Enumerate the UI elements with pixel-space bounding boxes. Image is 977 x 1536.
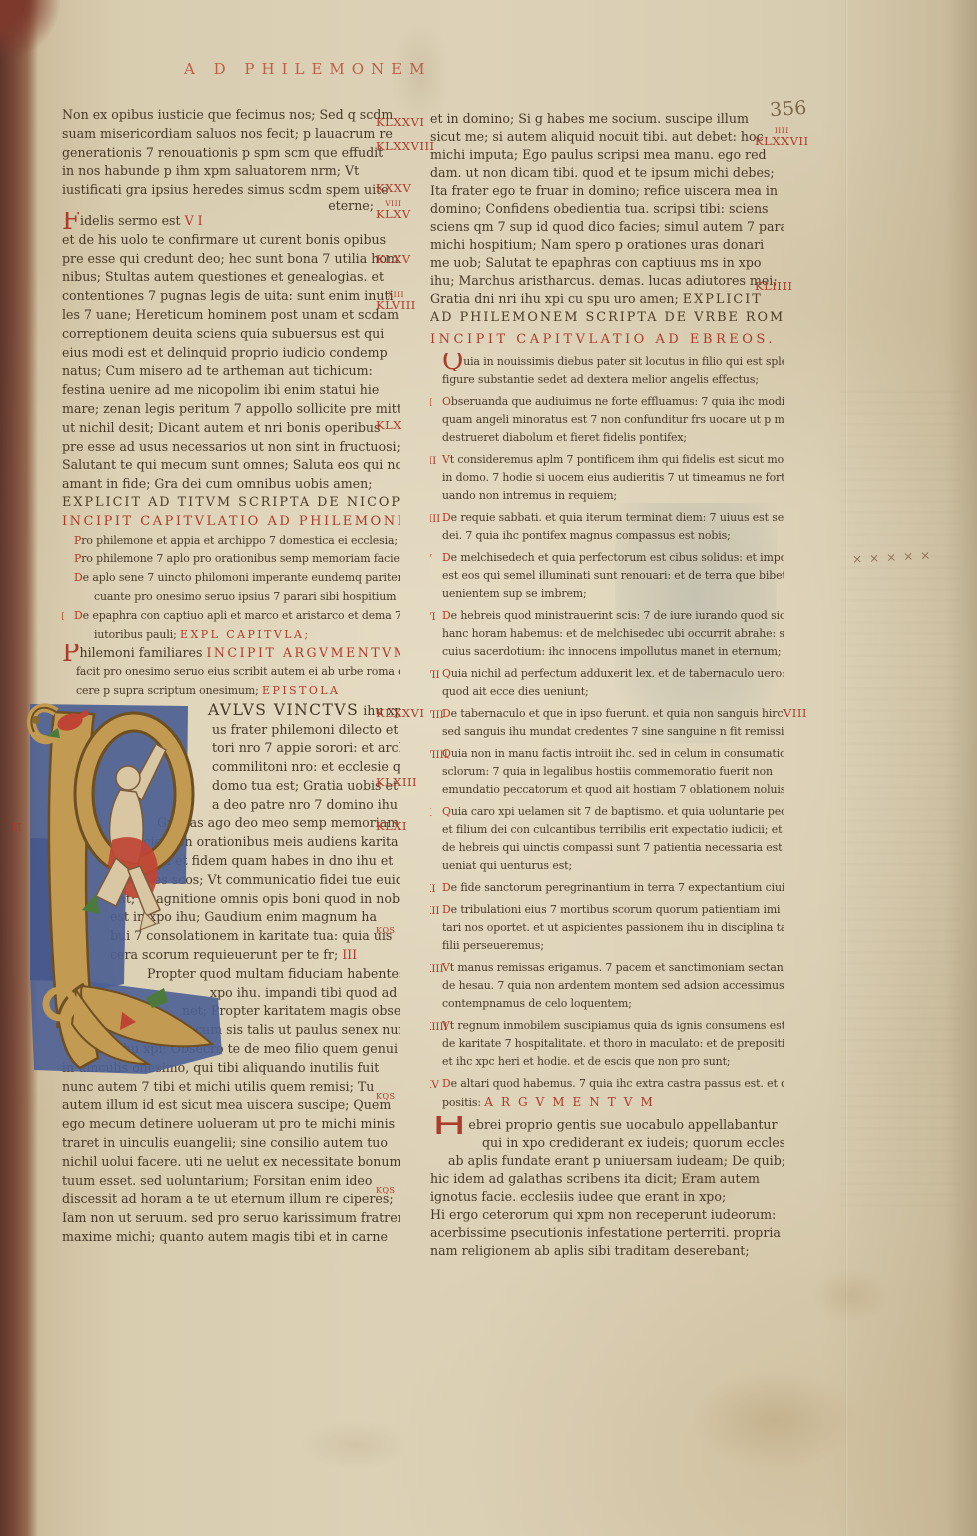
text-segment: D (442, 881, 451, 894)
text-line: nichil uolui facere. uti ne uelut ex nec… (62, 1153, 400, 1172)
margin-numeral: KLXV (376, 252, 411, 266)
text-line: contempnamus de celo loquentem; (430, 995, 784, 1013)
text-segment: O (442, 395, 451, 408)
text-segment: ARGVMENTVM (484, 1095, 660, 1109)
text-line: michi hospitium; Nam spero p orationes u… (430, 236, 784, 254)
text-segment: cere p supra scriptum onesimum; (76, 684, 262, 697)
capitulum-number: III (430, 452, 436, 469)
text-line: correptionem deuita sciens quia subuersu… (62, 325, 400, 344)
text-line: in domo. 7 hodie si uocem eius audieriti… (430, 469, 784, 487)
text-segment: maxime michi; quanto autem magis tibi et… (62, 1229, 388, 1244)
text-segment: et filium dei con culcantibus terribilis… (442, 823, 782, 836)
text-line: mare; zenan legis peritum 7 appollo soll… (62, 400, 400, 419)
margin-numeral: IIIIKLXXVII (755, 128, 809, 148)
margin-numeral: KLX (376, 418, 402, 432)
text-segment: INCIPIT CAPITVLATIO AD PHILEMONEM (62, 514, 400, 529)
text-segment: ro philemone et appia et archippo 7 dome… (81, 534, 398, 547)
text-line: XIIIIVt regnum inmobilem suscipiamus qui… (430, 1017, 784, 1035)
text-segment: AD PHILEMONEM SCRIPTA DE VRBE ROMA; (430, 310, 784, 325)
text-segment: Q (442, 353, 463, 371)
text-segment: emundatio peccatorum et quod ait hostiam… (442, 783, 784, 796)
margin-numeral: kqs (376, 922, 396, 936)
text-line: figure substantie sedet ad dextera melio… (430, 371, 784, 389)
text-segment: uia in nouissimis diebus pater sit locut… (463, 355, 784, 368)
text-segment: tori nro 7 appie sorori: et archippo (212, 740, 400, 755)
margin-numeral: XIIIKLVIII (376, 292, 416, 312)
text-segment: destrueret diabolum et fieret fidelis po… (442, 431, 687, 444)
capitulum-number: XI (430, 880, 435, 897)
capitulum-number: VIII (430, 706, 444, 723)
text-line: IIIVt consideremus aplm 7 pontificem ihm… (430, 451, 784, 469)
text-line: eius modi est et delinquid proprio iudic… (62, 344, 400, 363)
text-segment: D (442, 609, 451, 622)
text-segment: e tabernaculo et que in ipso fuerunt. et… (451, 707, 784, 720)
text-segment: D (442, 511, 451, 524)
text-line: et filium dei con culcantibus terribilis… (430, 821, 784, 839)
text-segment: figure substantie sedet ad dextera melio… (442, 373, 759, 386)
text-line: ut nichil desit; Dicant autem et nri bon… (62, 419, 400, 438)
text-line: iutoribus pauli; EXPL CAPITVLA; (62, 626, 400, 645)
text-segment: ro philemone 7 aplo pro orationibus semp… (81, 552, 400, 565)
text-segment: contentiones 7 pugnas legis de uita: sun… (62, 288, 394, 303)
text-segment: festina uenire ad me nicopolim ibi enim … (62, 382, 379, 397)
capitulum-number: IIII (430, 510, 440, 527)
text-line: contentiones 7 pugnas legis de uita: sun… (62, 287, 400, 306)
text-segment: discessit ad horam a te ut eternum illum… (62, 1191, 394, 1206)
text-line: acerbissime psecutionis infestatione per… (430, 1224, 784, 1242)
text-segment: idelis sermo est (80, 213, 185, 228)
text-line: EXPLICIT AD TITVM SCRIPTA DE NICOPOLI; (62, 494, 400, 513)
capitulum-number: VIIII (430, 746, 448, 763)
text-line: ueniat qui uenturus est; (430, 857, 784, 875)
text-segment: quam angeli minoratus est 7 non confundi… (442, 413, 784, 426)
text-segment: sicut me; si autem aliquid nocuit tibi. … (430, 129, 764, 144)
text-line: cuante pro onesimo seruo ipsius 7 parari… (62, 588, 400, 607)
text-segment: iutoribus pauli; (94, 628, 180, 641)
text-segment: eius modi est et delinquid proprio iudic… (62, 345, 388, 360)
capitulum-number: X (430, 804, 431, 821)
text-segment: e requie sabbati. et quia iterum termina… (451, 511, 784, 524)
capitulum-number: V (430, 550, 431, 567)
text-segment: e tribulationi eius 7 mortibus scorum qu… (451, 903, 781, 916)
text-line: dei. 7 quia ihc pontifex magnus compassu… (430, 527, 784, 545)
text-line: Salutant te qui mecum sunt omnes; Saluta… (62, 456, 400, 475)
text-segment: hic idem ad galathas scribens ita dicit;… (430, 1171, 760, 1186)
text-segment: amant in fide; Gra dei cum omnibus uobis… (62, 476, 373, 491)
text-line: AD PHILEMONEM SCRIPTA DE VRBE ROMA; (430, 309, 784, 327)
text-segment: Q (442, 805, 451, 818)
text-line: IIObseruanda que audiuimus ne forte effl… (430, 393, 784, 411)
text-segment: e hebreis quod ministrauerint scis: 7 de… (451, 609, 784, 622)
text-line: ihu; Marchus aristharcus. demas. lucas a… (430, 272, 784, 290)
text-line: VIIQuia nichil ad perfectum adduxerit le… (430, 665, 784, 683)
text-line: est eos qui semel illuminati sunt renoua… (430, 567, 784, 585)
text-segment: uia nichil ad perfectum adduxerit lex. e… (451, 667, 784, 680)
text-line: de hebreis qui uinctis compassi sunt 7 p… (430, 839, 784, 857)
text-segment: Gratia dni nri ihu xpi cu spu uro amen; (430, 291, 683, 306)
text-line: Fidelis sermo est V I (62, 212, 400, 231)
text-line: Iam non ut seruum. sed pro seruo karissi… (62, 1209, 400, 1228)
text-line: Ita frater ego te fruar in domino; refic… (430, 182, 784, 200)
margin-numeral: kqs (376, 1182, 396, 1196)
text-segment: tari nos oportet. et ut aspicientes pass… (442, 921, 784, 934)
text-line: nibus; Stultas autem questiones et genea… (62, 268, 400, 287)
right-text-column: et in domino; Si g habes me socium. susc… (430, 110, 784, 1260)
text-segment: commilitoni nro: et ecclesie que in (212, 759, 400, 774)
text-line: natus; Cum misero ad te artheman aut tic… (62, 362, 400, 381)
text-segment: hanc horam habemus: et de melchisedec ub… (442, 627, 784, 640)
text-line: et ihc xpc heri et hodie. et de escis qu… (430, 1053, 784, 1071)
text-segment: t consideremus aplm 7 pontificem ihm qui… (450, 453, 784, 466)
text-line: XQuia caro xpi uelamen sit 7 de baptismo… (430, 803, 784, 821)
margin-numeral: VIII (783, 706, 807, 720)
verso-showthrough (840, 390, 960, 1210)
text-line: dam. ut non dicam tibi. quod et te ipsum… (430, 164, 784, 182)
text-line: ab aplis fundate erant p uniuersam iudea… (430, 1152, 784, 1170)
text-segment: domino; Confidens obedientia tua. scrips… (430, 201, 769, 216)
text-segment: michi hospitium; Nam spero p orationes u… (430, 237, 764, 252)
text-segment: de hesau. 7 quia non ardentem montem sed… (442, 979, 784, 992)
text-segment: positis: (442, 1096, 484, 1109)
text-line: IPro philemone et appia et archippo 7 do… (62, 532, 400, 551)
text-segment: est eos qui semel illuminati sunt renoua… (442, 569, 784, 582)
text-segment: ueniat qui uenturus est; (442, 859, 572, 872)
text-segment: nam religionem ab aplis sibi traditam de… (430, 1243, 750, 1258)
text-segment: H (430, 1116, 468, 1134)
text-segment: us frater philemoni dilecto et adiu (212, 722, 400, 737)
text-segment: INCIPIT CAPITVLATIO AD EBREOS. (430, 332, 776, 347)
margin-numeral: KLXXVI (376, 706, 424, 720)
text-segment: michi imputa; Ego paulus scripsi mea man… (430, 147, 767, 162)
capitulum-number: XII (430, 902, 439, 919)
text-line: nam religionem ab aplis sibi traditam de… (430, 1242, 784, 1260)
text-segment: nibus; Stultas autem questiones et genea… (62, 269, 384, 284)
text-segment: ut nichil desit; Dicant autem et nri bon… (62, 420, 381, 435)
text-segment: facit pro onesimo seruo eius scribit aut… (76, 665, 400, 678)
text-line: de hesau. 7 quia non ardentem montem sed… (430, 977, 784, 995)
margin-numeral: II (12, 820, 22, 834)
text-segment: e aplo sene 7 uincto philomoni imperante… (83, 571, 400, 584)
capitulum-number: IIII (62, 608, 64, 626)
text-segment: EXPLICIT AD TITVM SCRIPTA DE NICOPOLI; (62, 495, 400, 510)
text-segment: tuum esset. sed uoluntarium; Forsitan en… (62, 1173, 372, 1188)
text-line: cuius sacerdotium: ihc innocens impollut… (430, 643, 784, 661)
text-segment: uia caro xpi uelamen sit 7 de baptismo. … (451, 805, 784, 818)
text-segment: cuius sacerdotium: ihc innocens impollut… (442, 645, 781, 658)
text-line: et de his uolo te confirmare ut curent b… (62, 231, 400, 250)
text-line: qui in xpo crediderant ex iudeis; quorum… (430, 1134, 784, 1152)
text-line: amant in fide; Gra dei cum omnibus uobis… (62, 475, 400, 494)
text-line: iustificati gra ipsius heredes simus scd… (62, 181, 400, 200)
text-segment: de karitate 7 hospitalitate. et thoro in… (442, 1037, 784, 1050)
margin-numeral: KLXXVIII (376, 139, 435, 153)
text-line: in nos habunde p ihm xpm saluatorem nrm;… (62, 162, 400, 181)
text-segment: nichil uolui facere. uti ne uelut ex nec… (62, 1154, 400, 1169)
text-segment: acerbissime psecutionis infestatione per… (430, 1225, 781, 1240)
margin-numeral: KXXV (376, 181, 411, 195)
intercolumn-numerals: KLXXVIKLXXVIIIKXXVVIIIKLXVKLXVXIIIKLVIII… (376, 0, 430, 1536)
text-segment: ab aplis fundate erant p uniuersam iudea… (448, 1153, 784, 1168)
text-line: suam misericordiam saluos nos fecit; p l… (62, 125, 400, 144)
text-line: IIPro philemone 7 aplo pro orationibus s… (62, 550, 400, 569)
text-segment: mare; zenan legis peritum 7 appollo soll… (62, 401, 400, 416)
text-line: generationis 7 renouationis p spm scm qu… (62, 144, 400, 163)
text-segment: ihu; Marchus aristharcus. demas. lucas a… (430, 273, 778, 288)
illuminated-initial-p (26, 698, 236, 1083)
text-line: sciens qm 7 sup id quod dico facies; sim… (430, 218, 784, 236)
text-segment: D (74, 571, 83, 584)
text-line: XIIIVt manus remissas erigamus. 7 pacem … (430, 959, 784, 977)
text-segment: D (74, 609, 83, 622)
text-line: facit pro onesimo seruo eius scribit aut… (62, 663, 400, 682)
text-line: sicut me; si autem aliquid nocuit tibi. … (430, 128, 784, 146)
capitulum-number: II (430, 394, 432, 411)
text-segment: in domo. 7 hodie si uocem eius audieriti… (442, 471, 784, 484)
text-segment: sciens qm 7 sup id quod dico facies; sim… (430, 219, 784, 234)
text-segment: natus; Cum misero ad te artheman aut tic… (62, 363, 373, 378)
text-segment: e melchisedech et quia perfectorum est c… (451, 551, 784, 564)
text-line: ignotus facie. ecclesiis iudee que erant… (430, 1188, 784, 1206)
text-line: XIIDe tribulationi eius 7 mortibus scoru… (430, 901, 784, 919)
text-line: sclorum: 7 quia in legalibus hostiis com… (430, 763, 784, 781)
text-segment: III (342, 947, 357, 962)
text-segment: EXPLICIT (683, 292, 763, 307)
margin-numeral: KLIIII (755, 279, 792, 293)
text-line: Gratia dni nri ihu xpi cu spu uro amen; … (430, 290, 784, 309)
text-segment: e altari quod habemus. 7 quia ihc extra … (451, 1077, 784, 1090)
text-line: discessit ad horam a te ut eternum illum… (62, 1190, 400, 1209)
text-segment: de hebreis qui uinctis compassi sunt 7 p… (442, 841, 784, 854)
text-line: sed sanguis ihu mundat credentes 7 sine … (430, 723, 784, 741)
capitulum-number: XIIII (430, 1018, 448, 1035)
text-line: tuum esset. sed uoluntarium; Forsitan en… (62, 1172, 400, 1191)
text-line: eterne; (62, 200, 400, 212)
text-segment: Q (442, 667, 451, 680)
capitulum-number: XIII (430, 960, 444, 977)
text-segment: iustificati gra ipsius heredes simus scd… (62, 182, 389, 197)
text-segment: generationis 7 renouationis p spm scm qu… (62, 145, 383, 160)
text-segment: V (442, 453, 450, 466)
margin-numeral: KLXI (376, 819, 407, 833)
text-segment: uia non in manu factis introiit ihc. sed… (451, 747, 784, 760)
capitulum-number: XV (430, 1076, 439, 1093)
text-segment: P (62, 644, 80, 663)
text-line: VDe melchisedech et quia perfectorum est… (430, 549, 784, 567)
text-segment: D (442, 1077, 451, 1090)
text-segment: uando non intremus in requiem; (442, 489, 617, 502)
text-line: VIIIDe tabernaculo et que in ipso fuerun… (430, 705, 784, 723)
text-line: Philemoni familiares INCIPIT ARGVMENTVM (62, 644, 400, 663)
text-line: michi imputa; Ego paulus scripsi mea man… (430, 146, 784, 164)
text-line: pre esse ad usus necessarios ut non sint… (62, 438, 400, 457)
capitulum-number: VII (430, 666, 440, 683)
text-segment: Salutant te qui mecum sunt omnes; Saluta… (62, 457, 400, 472)
text-segment: D (442, 551, 451, 564)
text-segment: Hi ergo ceterorum qui xpm non receperunt… (430, 1207, 776, 1222)
text-segment: ebrei proprio gentis sue uocabulo appell… (468, 1117, 777, 1132)
text-line: hic idem ad galathas scribens ita dicit;… (430, 1170, 784, 1188)
text-segment: dam. ut non dicam tibi. quod et te ipsum… (430, 165, 775, 180)
text-segment: les 7 uane; Hereticum hominem post unam … (62, 307, 399, 322)
text-segment: traret in uinculis euangelii; sine consi… (62, 1135, 388, 1150)
text-line: uando non intremus in requiem; (430, 487, 784, 505)
text-segment: e epaphra con captiuo apli et marco et a… (83, 609, 400, 622)
text-line: domino; Confidens obedientia tua. scrips… (430, 200, 784, 218)
text-segment: Ita frater ego te fruar in domino; refic… (430, 183, 778, 198)
text-segment: ignotus facie. ecclesiis iudee que erant… (430, 1189, 726, 1204)
text-segment: suam misericordiam saluos nos fecit; p l… (62, 126, 393, 141)
text-line: les 7 uane; Hereticum hominem post unam … (62, 306, 400, 325)
text-line: hanc horam habemus: et de melchisedec ub… (430, 625, 784, 643)
text-line: VIIIIQuia non in manu factis introiit ih… (430, 745, 784, 763)
text-segment: pre esse qui credunt deo; hec sunt bona … (62, 251, 400, 266)
text-segment: sed sanguis ihu mundat credentes 7 sine … (442, 725, 784, 738)
capitulum-number: VI (430, 608, 436, 625)
text-line: tari nos oportet. et ut aspicientes pass… (430, 919, 784, 937)
text-line: me uob; Salutat te epaphras con captiuus… (430, 254, 784, 272)
text-segment: quod ait ecce dies ueniunt; (442, 685, 589, 698)
text-segment: e fide sanctorum peregrinantium in terra… (451, 881, 784, 894)
initial-p-artwork (26, 698, 236, 1083)
text-segment: EXPL CAPITVLA; (180, 628, 310, 641)
text-segment: Non ex opibus iusticie que fecimus nos; … (62, 107, 393, 122)
text-segment: qui in xpo crediderant ex iudeis; quorum… (482, 1135, 784, 1150)
text-line: IIIIDe requie sabbati. et quia iterum te… (430, 509, 784, 527)
text-line: autem illum id est sicut mea uiscera sus… (62, 1096, 400, 1115)
text-segment: V I (185, 213, 203, 228)
margin-numeral: kqs (376, 1088, 396, 1102)
text-segment: filii perseueremus; (442, 939, 544, 952)
text-segment: pre esse ad usus necessarios ut non sint… (62, 439, 400, 454)
text-segment: EPISTOLA (262, 684, 340, 697)
text-line: traret in uinculis euangelii; sine consi… (62, 1134, 400, 1153)
text-line: IIIDe aplo sene 7 uincto philomoni imper… (62, 569, 400, 588)
text-segment: dei. 7 quia ihc pontifex magnus compassu… (442, 529, 731, 542)
text-line: VIDe hebreis quod ministrauerint scis: 7… (430, 607, 784, 625)
text-line: et in domino; Si g habes me socium. susc… (430, 110, 784, 128)
margin-numeral: KLXIII (376, 775, 417, 789)
text-segment: hilemoni familiares (80, 645, 207, 660)
text-line: IIIIDe epaphra con captiuo apli et marco… (62, 607, 400, 626)
text-line: filii perseueremus; (430, 937, 784, 955)
text-line: INCIPIT CAPITVLATIO AD EBREOS. (430, 331, 784, 349)
text-segment: et de his uolo te confirmare ut curent b… (62, 232, 386, 247)
text-line: emundatio peccatorum et quod ait hostiam… (430, 781, 784, 799)
text-segment: domo tua est; Gratia uobis et pax (212, 778, 400, 793)
text-line: de karitate 7 hospitalitate. et thoro in… (430, 1035, 784, 1053)
text-segment: xpo ihu. impandi tibi quod ad rem pti (210, 985, 400, 1000)
text-line: ego mecum detinere uolueram ut pro te mi… (62, 1115, 400, 1134)
text-line: festina uenire ad me nicopolim ibi enim … (62, 381, 400, 400)
text-line: Hi ergo ceterorum qui xpm non receperunt… (430, 1206, 784, 1224)
text-segment: ego mecum detinere uolueram ut pro te mi… (62, 1116, 395, 1131)
text-segment: INCIPIT ARGVMENTVM (206, 645, 400, 660)
text-line: Non ex opibus iusticie que fecimus nos; … (62, 106, 400, 125)
margin-numeral: VIIIKLXV (376, 201, 411, 221)
text-line: Hebrei proprio gentis sue uocabulo appel… (430, 1116, 784, 1134)
text-line: quod ait ecce dies ueniunt; (430, 683, 784, 701)
text-segment: uenientem sup se imbrem; (442, 587, 587, 600)
text-segment: Iam non ut seruum. sed pro seruo karissi… (62, 1210, 400, 1225)
text-line: INCIPIT CAPITVLATIO AD PHILEMONEM (62, 513, 400, 532)
text-segment: me uob; Salutat te epaphras con captiuus… (430, 255, 761, 270)
text-segment: t manus remissas erigamus. 7 pacem et sa… (450, 961, 784, 974)
text-segment: contempnamus de celo loquentem; (442, 997, 632, 1010)
text-line: destrueret diabolum et fieret fidelis po… (430, 429, 784, 447)
text-line: quam angeli minoratus est 7 non confundi… (430, 411, 784, 429)
text-segment: F (62, 212, 80, 231)
text-line: XVDe altari quod habemus. 7 quia ihc ext… (430, 1075, 784, 1093)
text-segment: et ihc xpc heri et hodie. et de escis qu… (442, 1055, 730, 1068)
text-line: maxime michi; quanto autem magis tibi et… (62, 1228, 400, 1247)
text-segment: t regnum inmobilem suscipiamus quia ds i… (450, 1019, 784, 1032)
manuscript-page: A D PHILEMONEM 356 ××××× Non ex opibus i… (0, 0, 977, 1536)
text-segment: eterne; (328, 200, 374, 212)
text-line: pre esse qui credunt deo; hec sunt bona … (62, 250, 400, 269)
text-line: IQuia in nouissimis diebus pater sit loc… (430, 353, 784, 371)
text-segment: in nos habunde p ihm xpm saluatorem nrm;… (62, 163, 359, 178)
text-segment: et in domino; Si g habes me socium. susc… (430, 111, 749, 126)
text-line: positis: ARGVMENTVM (430, 1093, 784, 1112)
text-line: uenientem sup se imbrem; (430, 585, 784, 603)
text-line: XIDe fide sanctorum peregrinantium in te… (430, 879, 784, 897)
text-segment: a deo patre nro 7 domino ihu xpo; (212, 797, 400, 812)
text-segment: autem illum id est sicut mea uiscera sus… (62, 1097, 391, 1112)
text-segment: sclorum: 7 quia in legalibus hostiis com… (442, 765, 773, 778)
right-margin-numerals: IIIIKLXXVIIKLIIIIVIII (755, 0, 825, 1536)
text-segment: cuante pro onesimo seruo ipsius 7 parari… (94, 590, 400, 603)
text-segment: bseruanda que audiuimus ne forte effluam… (451, 395, 784, 408)
margin-numeral: KLXXVI (376, 115, 424, 129)
text-segment: D (442, 903, 451, 916)
text-segment: correptionem deuita sciens quia subuersu… (62, 326, 384, 341)
